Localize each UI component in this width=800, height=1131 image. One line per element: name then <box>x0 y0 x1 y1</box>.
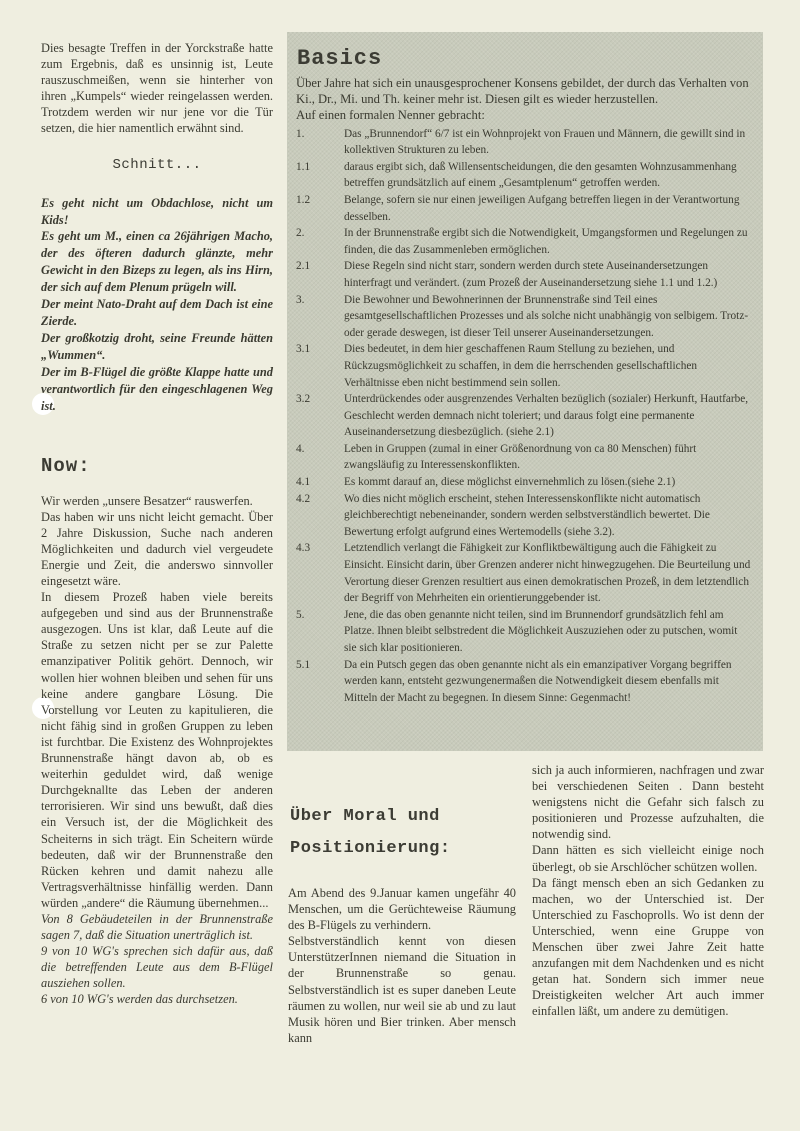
moral-heading-line2: Positionierung: <box>290 833 530 865</box>
rule-text: Leben in Gruppen (zumal in einer Größeno… <box>344 441 751 474</box>
rule-number: 1.2 <box>296 192 344 225</box>
now-heading: Now: <box>41 458 273 474</box>
moral-paragraph: Selbstverständlich kennt von diesen Unte… <box>288 933 516 1046</box>
rule-text: daraus ergibt sich, daß Willensentscheid… <box>344 159 751 192</box>
moral-continuation: sich ja auch informieren, nachfragen und… <box>532 762 764 1020</box>
statistics-block: Von 8 Gebäudeteilen in der Brunnenstraße… <box>41 911 273 1008</box>
rule-number: 3. <box>296 292 344 342</box>
basics-box: Basics Über Jahre hat sich ein unausgesp… <box>287 32 763 751</box>
rule-item: 5.Jene, die das oben genannte nicht teil… <box>296 607 751 657</box>
moral-heading: Über Moral und Positionierung: <box>290 801 530 865</box>
rule-number: 2. <box>296 225 344 258</box>
rule-text: Es kommt darauf an, diese möglichst einv… <box>344 474 751 491</box>
schnitt-heading: Schnitt... <box>41 157 273 173</box>
rule-text: Unterdrückendes oder ausgrenzendes Verha… <box>344 391 751 441</box>
now-paragraph: Wir werden „unsere Besatzer“ rauswerfen. <box>41 493 273 509</box>
rule-number: 3.2 <box>296 391 344 441</box>
rule-number: 3.1 <box>296 341 344 391</box>
rule-item: 3.1Dies bedeutet, in dem hier geschaffen… <box>296 341 751 391</box>
moral-paragraph: Dann hätten es sich vielleicht einige no… <box>532 842 764 874</box>
moral-paragraph: Am Abend des 9.Januar kamen ungefähr 40 … <box>288 885 516 933</box>
statistic-line: 9 von 10 WG's sprechen sich dafür aus, d… <box>41 943 273 991</box>
accusation-item: Es geht um M., einen ca 26jährigen Macho… <box>41 228 273 296</box>
basics-title: Basics <box>297 46 751 71</box>
rule-number: 5.1 <box>296 657 344 707</box>
basics-intro-lead: Auf einen formalen Nenner gebracht: <box>296 107 751 123</box>
statistic-line: 6 von 10 WG's werden das durchsetzen. <box>41 991 273 1007</box>
rule-text: Da ein Putsch gegen das oben genannte ni… <box>344 657 751 707</box>
left-column: Dies besagte Treffen in der Yorckstraße … <box>41 40 273 1008</box>
rule-text: Wo dies nicht möglich erscheint, stehen … <box>344 491 751 541</box>
statistic-line: Von 8 Gebäudeteilen in der Brunnenstraße… <box>41 911 273 943</box>
rule-item: 4.2Wo dies nicht möglich erscheint, steh… <box>296 491 751 541</box>
rule-item: 1.1daraus ergibt sich, daß Willensentsch… <box>296 159 751 192</box>
accusation-item: Der meint Nato-Draht auf dem Dach ist ei… <box>41 296 273 330</box>
rule-text: In der Brunnenstraße ergibt sich die Not… <box>344 225 751 258</box>
rule-item: 4.Leben in Gruppen (zumal in einer Größe… <box>296 441 751 474</box>
rule-item: 5.1Da ein Putsch gegen das oben genannte… <box>296 657 751 707</box>
basics-intro: Über Jahre hat sich ein unausgesprochene… <box>296 75 751 107</box>
rule-text: Letztendlich verlangt die Fähigkeit zur … <box>344 540 751 606</box>
rule-number: 2.1 <box>296 258 344 291</box>
rule-item: 3.Die Bewohner und Bewohnerinnen der Bru… <box>296 292 751 342</box>
rule-item: 4.3Letztendlich verlangt die Fähigkeit z… <box>296 540 751 606</box>
moral-body: Am Abend des 9.Januar kamen ungefähr 40 … <box>288 885 516 1046</box>
rule-item: 1.2Belange, sofern sie nur einen jeweili… <box>296 192 751 225</box>
accusation-item: Der im B-Flügel die größte Klappe hatte … <box>41 364 273 415</box>
rule-number: 1. <box>296 126 344 159</box>
moral-paragraph: Da fängt mensch eben an sich Gedanken zu… <box>532 875 764 1020</box>
rule-item: 1.Das „Brunnendorf“ 6/7 ist ein Wohnproj… <box>296 126 751 159</box>
rule-text: Dies bedeutet, in dem hier geschaffenen … <box>344 341 751 391</box>
rule-item: 3.2Unterdrückendes oder ausgrenzendes Ve… <box>296 391 751 441</box>
basics-rule-list: 1.Das „Brunnendorf“ 6/7 ist ein Wohnproj… <box>296 126 751 707</box>
moral-heading-line1: Über Moral und <box>290 801 530 833</box>
accusation-item: Es geht nicht um Obdachlose, nicht um Ki… <box>41 195 273 229</box>
rule-text: Diese Regeln sind nicht starr, sondern w… <box>344 258 751 291</box>
rule-number: 4.2 <box>296 491 344 541</box>
now-paragraph: Das haben wir uns nicht leicht gemacht. … <box>41 509 273 589</box>
rule-text: Jene, die das oben genannte nicht teilen… <box>344 607 751 657</box>
now-paragraph: In diesem Prozeß haben viele bereits auf… <box>41 589 273 911</box>
rule-item: 4.1Es kommt darauf an, diese möglichst e… <box>296 474 751 491</box>
rule-text: Das „Brunnendorf“ 6/7 ist ein Wohnprojek… <box>344 126 751 159</box>
rule-text: Belange, sofern sie nur einen jeweiligen… <box>344 192 751 225</box>
rule-number: 5. <box>296 607 344 657</box>
rule-number: 1.1 <box>296 159 344 192</box>
rule-number: 4. <box>296 441 344 474</box>
rule-item: 2.In der Brunnenstraße ergibt sich die N… <box>296 225 751 258</box>
rule-number: 4.1 <box>296 474 344 491</box>
intro-paragraph: Dies besagte Treffen in der Yorckstraße … <box>41 40 273 137</box>
rule-item: 2.1Diese Regeln sind nicht starr, sonder… <box>296 258 751 291</box>
accusation-list: Es geht nicht um Obdachlose, nicht um Ki… <box>41 195 273 415</box>
accusation-item: Der großkotzig droht, seine Freunde hätt… <box>41 330 273 364</box>
rule-text: Die Bewohner und Bewohnerinnen der Brunn… <box>344 292 751 342</box>
moral-paragraph: sich ja auch informieren, nachfragen und… <box>532 762 764 842</box>
rule-number: 4.3 <box>296 540 344 606</box>
